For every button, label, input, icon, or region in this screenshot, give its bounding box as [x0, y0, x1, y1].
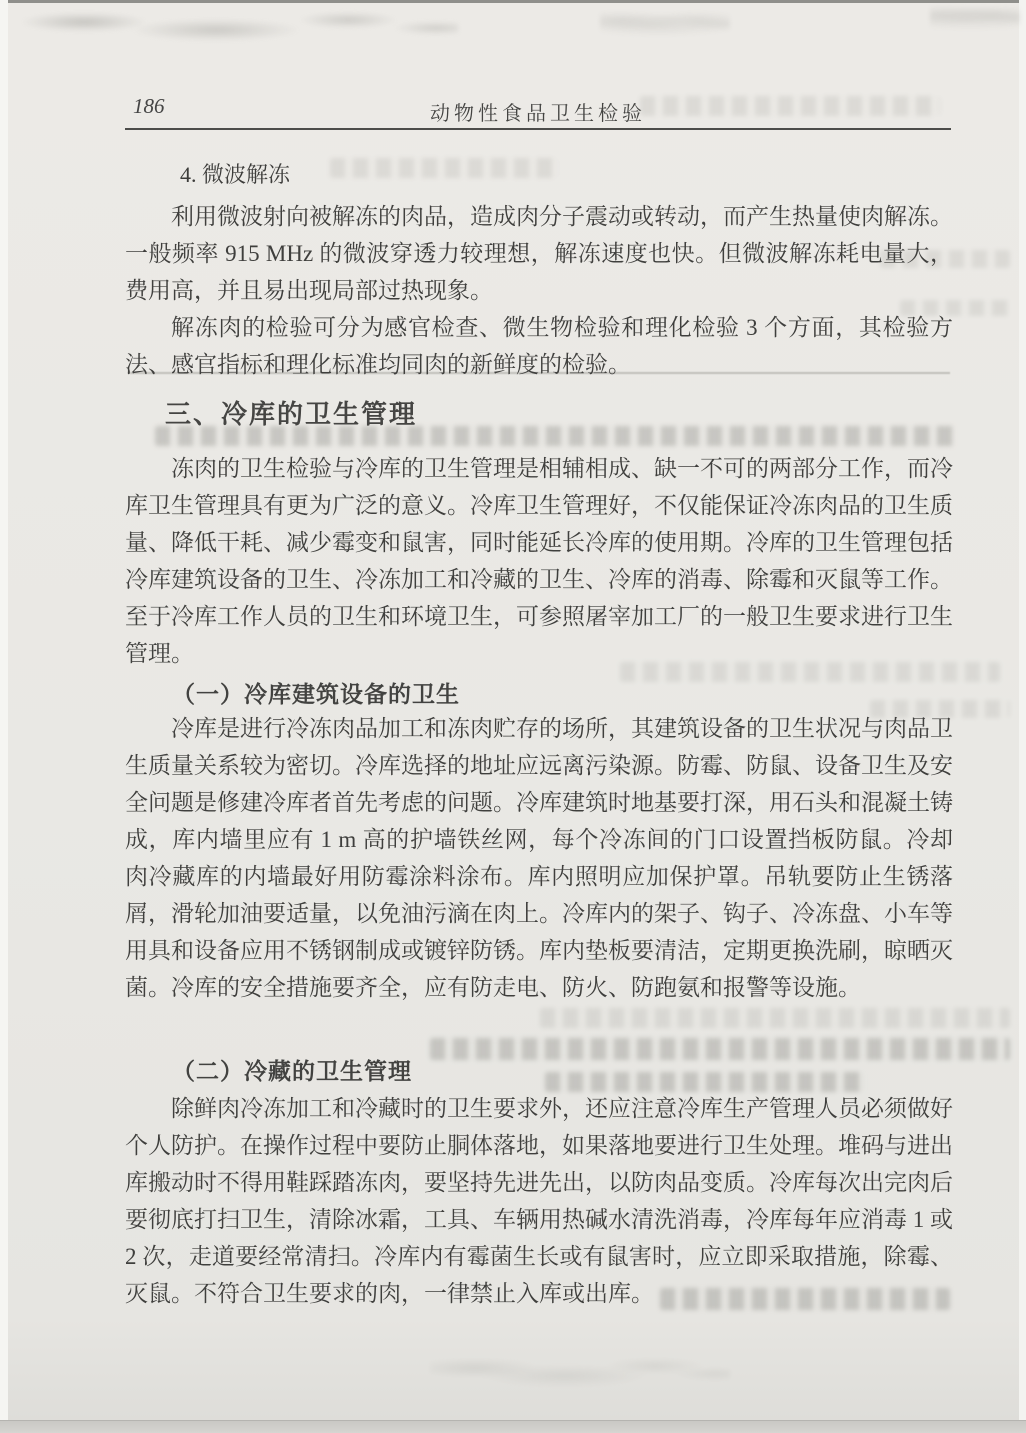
bleed-through-artifact — [540, 1008, 1010, 1028]
heading-refrigeration-hygiene: （二）冷藏的卫生管理 — [172, 1053, 412, 1086]
bleed-through-artifact — [330, 158, 560, 178]
paragraph: 冻肉的卫生检验与冷库的卫生管理是相辅相成、缺一不可的两部分工作，而冷库卫生管理具… — [125, 450, 953, 672]
paragraph: 冷库是进行冷冻肉品加工和冻肉贮存的场所，其建筑设备的卫生状况与肉品卫生质量关系较… — [125, 710, 953, 1006]
heading-building-equipment-hygiene: （一）冷库建筑设备的卫生 — [172, 676, 460, 709]
bleed-through-artifact — [18, 6, 458, 46]
building-equipment-body: 冷库是进行冷冻肉品加工和冻肉贮存的场所，其建筑设备的卫生状况与肉品卫生质量关系较… — [125, 710, 953, 1006]
paragraph: 利用微波射向被解冻的肉品，造成肉分子震动或转动，而产生热量使肉解冻。一般频率 9… — [125, 198, 953, 309]
bleed-through-artifact — [430, 1352, 730, 1392]
bleed-through-artifact — [930, 4, 1020, 30]
bleed-through-artifact — [430, 1038, 1010, 1060]
page-header: 186 动物性食品卫生检验 — [125, 92, 951, 130]
scan-right-edge — [1019, 0, 1026, 1433]
thawing-paragraphs: 利用微波射向被解冻的肉品，造成肉分子震动或转动，而产生热量使肉解冻。一般频率 9… — [125, 198, 953, 383]
refrigeration-body: 除鲜肉冷冻加工和冷藏时的卫生要求外，还应注意冷库生产管理人员必须做好个人防护。在… — [125, 1090, 953, 1312]
scan-bottom-edge — [0, 1420, 1026, 1433]
heading-cold-storage-hygiene: 三、冷库的卫生管理 — [165, 394, 417, 431]
scan-left-edge — [0, 0, 8, 1433]
running-title: 动物性食品卫生检验 — [125, 97, 951, 126]
cold-storage-intro: 冻肉的卫生检验与冷库的卫生管理是相辅相成、缺一不可的两部分工作，而冷库卫生管理具… — [125, 450, 953, 672]
bleed-through-artifact — [600, 10, 730, 36]
bleed-through-artifact — [545, 1072, 865, 1092]
heading-microwave-thawing: 4. 微波解冻 — [180, 158, 290, 189]
paragraph: 除鲜肉冷冻加工和冷藏时的卫生要求外，还应注意冷库生产管理人员必须做好个人防护。在… — [125, 1090, 953, 1312]
scan-top-edge — [0, 0, 1026, 3]
paragraph: 解冻肉的检验可分为感官检查、微生物检验和理化检验 3 个方面，其检验方法、感官指… — [125, 309, 953, 383]
scanned-book-page: 186 动物性食品卫生检验 4. 微波解冻 利用微波射向被解冻的肉品，造成肉分子… — [0, 0, 1026, 1433]
